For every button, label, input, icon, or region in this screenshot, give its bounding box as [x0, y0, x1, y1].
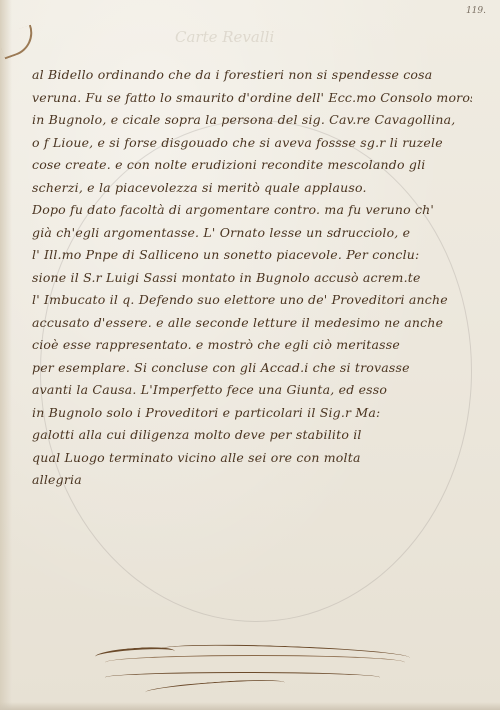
bleed-through-title: Carte Revalli — [175, 28, 274, 46]
text-line: cose create. e con nolte erudizioni reco… — [32, 154, 472, 177]
text-line: al Bidello ordinando che da i forestieri… — [32, 64, 472, 87]
closing-flourish — [105, 655, 405, 670]
text-line: per esemplare. Si concluse con gli Accad… — [32, 357, 472, 380]
text-line: o f Lioue, e si forse disgouado che si a… — [32, 132, 472, 155]
text-line: veruna. Fu se fatto lo smaurito d'ordine… — [32, 87, 472, 110]
text-line: cioè esse rappresentato. e mostrò che eg… — [32, 334, 472, 357]
text-line: in Bugnolo solo i Proveditori e particol… — [32, 402, 472, 425]
text-line: avanti la Causa. L'Imperfetto fece una G… — [32, 379, 472, 402]
text-line: sione il S.r Luigi Sassi montato in Bugn… — [32, 267, 472, 290]
text-line: l' Imbucato il q. Defendo suo elettore u… — [32, 289, 472, 312]
margin-mark — [0, 25, 39, 60]
text-line: l' Ill.mo Pnpe di Salliceno un sonetto p… — [32, 244, 472, 267]
text-line: qual Luogo terminato vicino alle sei ore… — [32, 447, 472, 470]
text-line: allegria — [32, 469, 472, 492]
text-line: scherzi, e la piacevolezza si meritò qua… — [32, 177, 472, 200]
manuscript-text: al Bidello ordinando che da i forestieri… — [32, 64, 472, 492]
folio-number: 119. — [466, 6, 486, 16]
text-line: Dopo fu dato facoltà di argomentare cont… — [32, 199, 472, 222]
text-line: già ch'egli argomentasse. L' Ornato less… — [32, 222, 472, 245]
text-line: in Bugnolo, e cicale sopra la persona de… — [32, 109, 472, 132]
manuscript-page: Carte Revalli 119. al Bidello ordinando … — [0, 0, 500, 710]
text-line: accusato d'essere. e alle seconde lettur… — [32, 312, 472, 335]
text-line: galotti alla cui diligenza molto deve pe… — [32, 424, 472, 447]
